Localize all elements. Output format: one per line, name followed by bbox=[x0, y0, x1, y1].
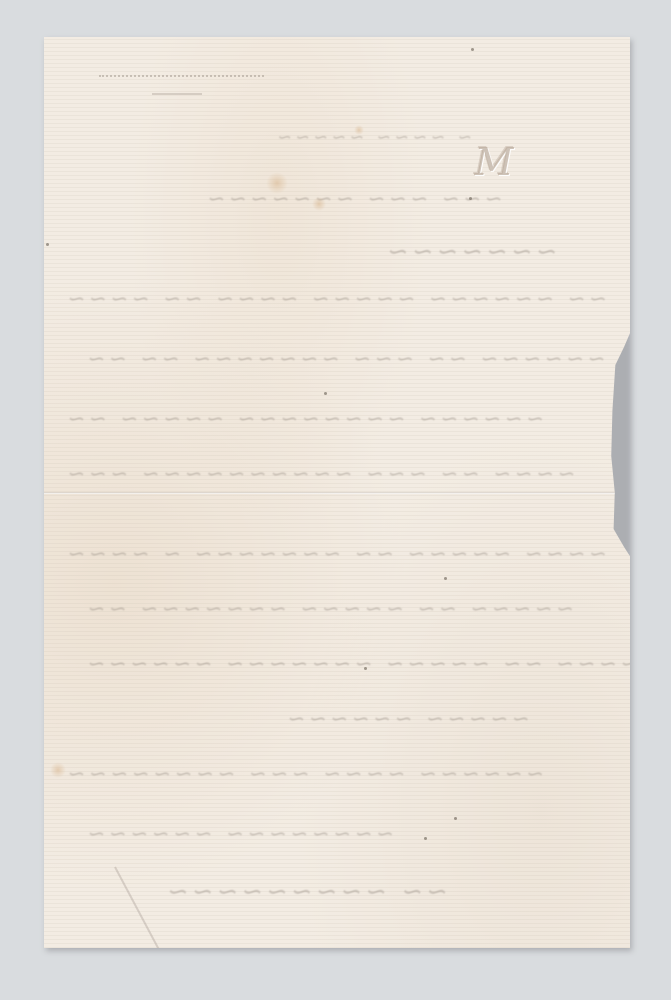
foxing-stain bbox=[266, 172, 288, 194]
bleed-through-line: ~~~~ ~~~~~ ~~ ~~~~~~~ ~ ~~~~ bbox=[59, 542, 611, 567]
bleed-through-line: ~~~~~~ ~~ ~~~ ~~~~~~~ ~~ ~~ bbox=[79, 347, 610, 372]
bleed-through-line: ~~ ~~~~~~ ~~~~~ ~~~~ ~~ ~~~~ bbox=[59, 287, 611, 312]
pen-stroke bbox=[114, 867, 163, 956]
bleed-through-line: ~~~ ~~~ ~~~~~~~ bbox=[199, 187, 507, 212]
bleed-through-salutation: ~~~~~~~ bbox=[379, 237, 563, 267]
printed-header-subline bbox=[152, 93, 202, 99]
bleed-through-line: ~~~~~ ~~ ~~~~~ ~~~~~~~ ~~ bbox=[79, 597, 578, 622]
bleed-through-line: ~~~~~~~~ ~~~~~~ bbox=[79, 822, 398, 847]
foxing-stain bbox=[312, 197, 326, 211]
bleed-through-line: ~~~~~~ ~~~~~~~~ ~~~~~ ~~ bbox=[59, 407, 548, 432]
bleed-through-line: ~~~~ ~~ ~~~ ~~~~~~~~~~ ~~~ bbox=[59, 462, 580, 487]
printed-header-line bbox=[99, 75, 264, 83]
foxing-stain bbox=[50, 762, 66, 778]
bleed-through-line: ~~~~~~ ~~~~ ~~~ ~~~~~~~~ bbox=[59, 762, 548, 787]
bleed-through-signature: ~~ ~~~~~~~~~ bbox=[159, 877, 454, 907]
bleed-through-line: ~~~~~ ~~~~~~ bbox=[279, 707, 534, 732]
bleed-through-line: ~~~~~ ~~ ~~~~~ ~~~~~~~ ~~~~~~ bbox=[79, 652, 664, 677]
foxing-stain bbox=[354, 125, 364, 135]
bleed-through-line: ~ ~~~~ ~~~~~ bbox=[270, 127, 476, 148]
letter-sheet: M ~ ~~~~ ~~~~~ ~~~ ~~~ ~~~~~~~ ~~~~~~~ ~… bbox=[44, 37, 630, 948]
fold-crease bbox=[44, 492, 630, 494]
embossed-monogram-icon: M bbox=[469, 137, 519, 187]
